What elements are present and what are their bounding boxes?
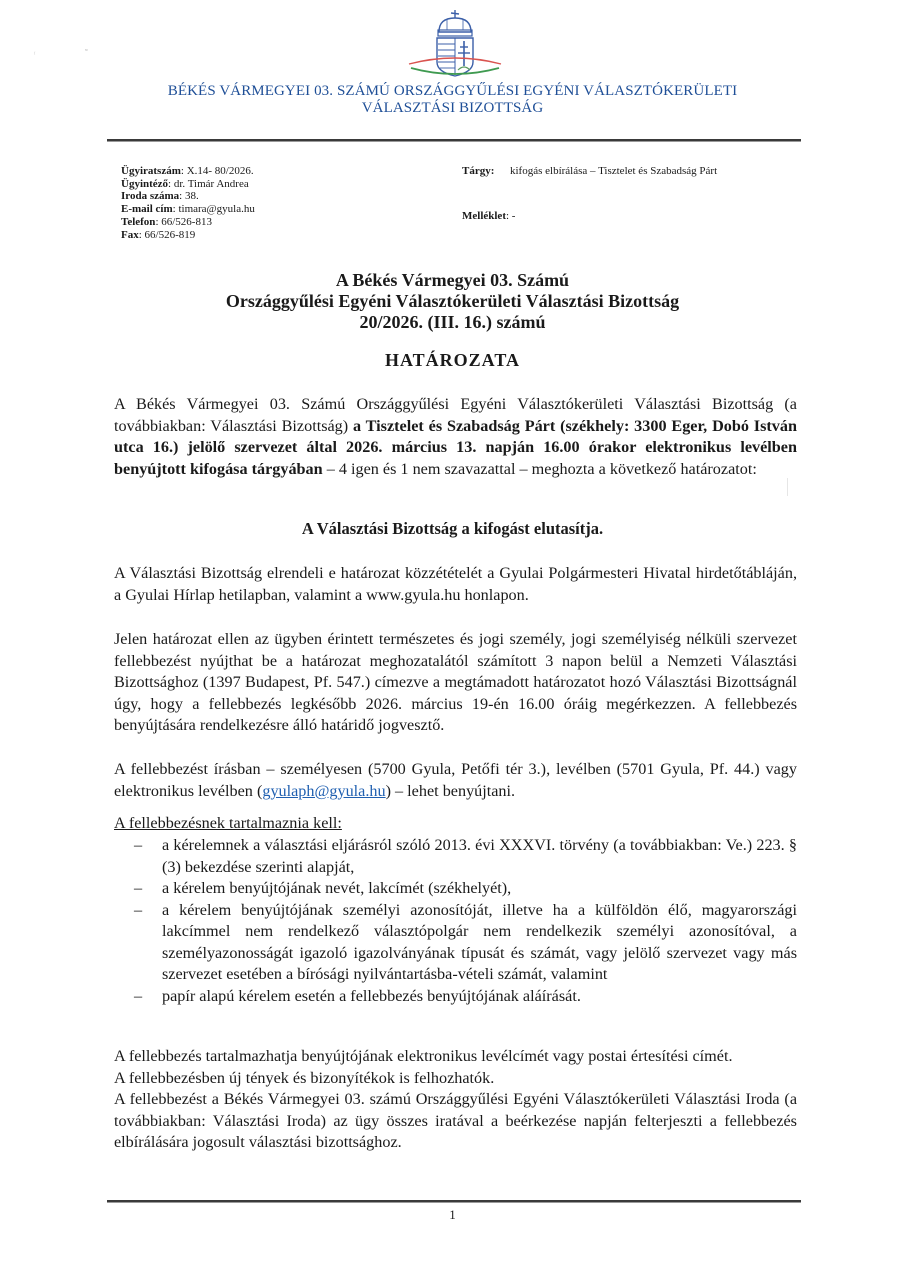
- requirements-list: –a kérelemnek a választási eljárásról sz…: [114, 835, 797, 1007]
- attachment-label: Melléklet: [462, 210, 506, 223]
- list-item: –papír alapú kérelem esetén a fellebbezé…: [114, 986, 797, 1008]
- header-divider: [107, 139, 801, 142]
- case-officer: Ügyintéző: dr. Timár Andrea: [121, 178, 255, 191]
- subject-value: kifogás elbírálása – Tisztelet és Szabad…: [510, 165, 717, 178]
- dash-bullet-icon: –: [114, 986, 162, 1008]
- decision-statement: A Választási Bizottság a kifogást elutas…: [0, 519, 905, 539]
- office-number: Iroda száma: 38.: [121, 190, 255, 203]
- list-item: –a kérelem benyújtójának személyi azonos…: [114, 900, 797, 986]
- dash-bullet-icon: –: [114, 900, 162, 986]
- submission-paragraph: A fellebbezést írásban – személyesen (57…: [114, 759, 797, 802]
- subject-row: Tárgy: kifogás elbírálása – Tisztelet és…: [462, 165, 717, 178]
- scan-speck: ʷ: [85, 47, 88, 55]
- case-metadata: Ügyiratszám: X.14- 80/2026. Ügyintéző: d…: [121, 165, 255, 241]
- closing-paragraph: A fellebbezés tartalmazhatja benyújtóján…: [114, 1046, 797, 1154]
- dash-bullet-icon: –: [114, 878, 162, 900]
- page-number: 1: [0, 1207, 905, 1223]
- scan-speck: ᶠ: [34, 52, 35, 58]
- title-line2: Országgyűlési Egyéni Választókerületi Vá…: [0, 291, 905, 312]
- list-item: –a kérelem benyújtójának nevét, lakcímét…: [114, 878, 797, 900]
- case-number: Ügyiratszám: X.14- 80/2026.: [121, 165, 255, 178]
- attachment-row: Melléklet : -: [462, 210, 717, 223]
- list-item: –a kérelemnek a választási eljárásról sz…: [114, 835, 797, 878]
- footer-divider: [107, 1200, 801, 1203]
- publication-paragraph: A Választási Bizottság elrendeli e határ…: [114, 563, 797, 606]
- hungarian-coat-of-arms-icon: [405, 6, 505, 82]
- dash-bullet-icon: –: [114, 835, 162, 878]
- subject-metadata: Tárgy: kifogás elbírálása – Tisztelet és…: [462, 165, 717, 222]
- email-link[interactable]: gyulaph@gyula.hu: [262, 782, 385, 800]
- appeal-paragraph: Jelen határozat ellen az ügyben érintett…: [114, 629, 797, 737]
- phone-number: Telefon: 66/526-813: [121, 216, 255, 229]
- preamble-paragraph: A Békés Vármegyei 03. Számú Országgyűlés…: [114, 394, 797, 480]
- resolution-title: A Békés Vármegyei 03. Számú Országgyűlés…: [0, 270, 905, 333]
- scan-mark: [787, 478, 788, 496]
- attachment-value: : -: [506, 210, 515, 223]
- fax-number: Fax: 66/526-819: [121, 229, 255, 242]
- title-line1: A Békés Vármegyei 03. Számú: [0, 270, 905, 291]
- email-address: E-mail cím: timara@gyula.hu: [121, 203, 255, 216]
- authority-name-line1: BÉKÉS VÁRMEGYEI 03. SZÁMÚ ORSZÁGGYŰLÉSI …: [0, 83, 905, 100]
- requirements-heading: A fellebbezésnek tartalmaznia kell:: [114, 814, 342, 833]
- authority-name-line2: VÁLASZTÁSI BIZOTTSÁG: [0, 100, 905, 117]
- subject-label: Tárgy:: [462, 165, 510, 178]
- resolution-heading: HATÁROZATA: [0, 350, 905, 371]
- title-line3: 20/2026. (III. 16.) számú: [0, 312, 905, 333]
- issuing-authority-header: BÉKÉS VÁRMEGYEI 03. SZÁMÚ ORSZÁGGYŰLÉSI …: [0, 83, 905, 117]
